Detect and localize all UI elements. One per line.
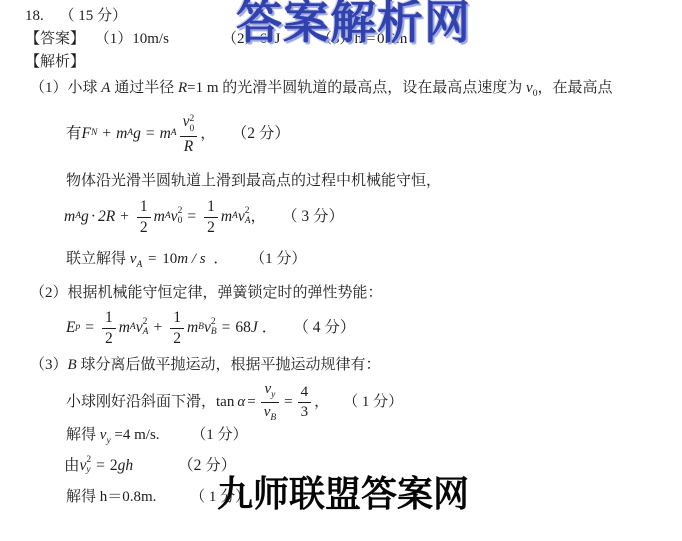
math-fraction-half: 12 [102,309,116,346]
text-run: 小球刚好沿斜面下滑， [66,393,216,412]
answer-part1: （1）10m/s [95,31,169,47]
math-var-g: g [133,124,141,143]
math-var-v: v [204,318,211,337]
math-sub-y: y [86,466,91,476]
math-op-eq: = [187,207,196,226]
math-fraction: vy vB [261,381,279,423]
math-sub-A: A [136,260,142,270]
math-value: 10 [162,251,177,267]
math-sub-A: A [171,128,177,140]
math-var-gh: gh [118,456,134,475]
fraction-numerator: 1 [204,198,218,217]
question-score: （ 15 分） [60,8,128,24]
math-op-eq: = [284,393,292,412]
math-supsub: 2A [143,318,149,338]
math-value: =4 m/s. [114,427,159,443]
math-sub-A: A [143,328,149,338]
text-run: 由 [64,456,80,475]
math-fraction: v20 R [180,113,198,155]
math-fraction-half: 12 [204,198,218,235]
answer-sheet-page: 18. （ 15 分） 【答案】 （1）10m/s （2）68J （3）h＝0.… [0,0,682,541]
math-var-v: v [183,113,190,130]
math-sub-N: N [91,128,97,140]
fraction-denominator: R [180,137,198,155]
math-var-m: m [221,207,232,226]
score-mark: （2 分） [232,124,290,143]
fraction-denominator: 2 [170,329,184,347]
math-op-eq: = [96,456,105,475]
fraction-denominator: 2 [137,218,151,236]
math-sub-p: p [75,322,80,334]
fraction-denominator: 2 [102,329,116,347]
math-op-plus: + [102,124,111,143]
math-op-eq: = [222,318,231,337]
math-op-eq: = [247,393,255,412]
text-run: 联立解得 [66,251,130,267]
text-run: （1）小球 [30,80,101,96]
math-op-eq: = [148,251,156,267]
math-var-m: m [116,124,127,143]
math-unit-J: J [251,318,258,337]
math-fraction-half: 12 [170,309,184,346]
part1-result: 联立解得 vA = 10m / s ． （1 分） [66,250,306,272]
formula-lead-text: 有 [66,124,82,143]
math-op-plus: + [120,207,129,226]
text-run: 解得 [66,427,100,443]
math-var-m: m [64,207,75,226]
math-supsub: 2B [211,318,217,338]
answer-line: 【答案】 （1）10m/s （2）68J （3）h＝0.8m [25,30,169,49]
fraction-denominator: 3 [298,403,312,421]
punct-period: ． [213,251,228,267]
math-sub-0: 0 [190,125,195,135]
math-var-g: g [81,207,89,226]
math-fraction-half: 12 [137,198,151,235]
part3-kinematics: 由 v2y = 2gh （2 分） [64,451,236,481]
fraction-denominator: vB [261,403,279,423]
math-var-F: F [82,124,91,143]
fraction-numerator: 1 [170,309,184,328]
part2-intro: （2）根据机械能守恒定律，弹簧锁定时的弹性势能： [30,284,383,303]
math-op-eq: = [85,318,94,337]
fraction-numerator: 4 [298,384,312,403]
text-run: 通过半径 [110,80,178,96]
math-var-v: v [238,207,245,226]
formula-energy-conservation: mAg · 2R + 12 mAv20 = 12 mAv2A ， （ 3 分） [64,196,344,238]
part1-intro: （1）小球 A 通过半径 R=1 m 的光滑半圆轨道的最高点，设在最高点速度为 … [30,79,612,101]
math-var-v: v [136,318,143,337]
math-sub-B: B [270,413,276,423]
formula-elastic-energy: Ep = 12 mAv2A + 12 mBv2B = 68J ． （ 4 分） [66,307,355,349]
math-coefficient: 2 [110,456,118,475]
score-mark: （1 分） [250,251,306,267]
score-mark: （ 1 分） [343,393,403,412]
math-var-v: v [171,207,178,226]
math-term-2R: 2R [98,207,115,226]
math-var-m: m [187,318,198,337]
fraction-numerator: v20 [180,113,198,137]
fraction-numerator: 1 [137,198,151,217]
score-mark: （1 分） [191,427,247,443]
answer-label: 【答案】 [25,31,85,47]
punct-comma: ， [251,207,267,226]
formula-top-of-loop: 有 FN + mAg = mA v20 R ， （2 分） [66,109,290,159]
math-op-dot: · [91,207,96,226]
math-var-m: m [119,318,130,337]
score-mark: （ 3 分） [282,207,344,226]
part3-vy-result: 解得 vy =4 m/s. （1 分） [66,426,248,448]
punct-comma: ， [314,393,329,412]
part1-energy-text: 物体沿光滑半圆轨道上滑到最高点的过程中机械能守恒， [66,172,441,191]
math-fn-tan: tan [216,393,234,412]
score-mark: （ 4 分） [293,318,355,337]
punct-period: ． [262,318,278,337]
analysis-label: 【解析】 [25,53,85,72]
math-supsub: 2y [86,456,91,476]
text-run: 球分离后做平抛运动，根据平抛运动规律有： [77,357,381,373]
question-header: 18. （ 15 分） [25,7,127,26]
math-var-alpha: α [237,393,245,412]
watermark-answer-site: 答案解析网 [236,0,471,46]
math-var-v: v [526,80,533,96]
math-value: 68 [235,318,251,337]
math-op-plus: + [153,318,162,337]
fraction-numerator: vy [261,381,279,402]
watermark-jiushi-league: 九师联盟答案网 [217,475,469,513]
math-sub-0: 0 [178,217,183,227]
math-var-R: R [178,80,187,96]
math-var-m: m [160,124,171,143]
math-fraction: 43 [298,384,312,420]
math-supsub: 20 [178,207,183,227]
fraction-denominator: 2 [204,218,218,236]
text-run: ，在最高点 [537,80,612,96]
math-sub-y: y [271,390,275,400]
part3-tan-line: 小球刚好沿斜面下滑， tan α = vy vB = 43 ， （ 1 分） [66,381,403,423]
question-number: 18. [25,8,44,24]
math-sub-y: y [106,436,110,446]
fraction-numerator: 1 [102,309,116,328]
math-unit: m / s [177,251,205,267]
text-run: （3） [30,357,68,373]
part3-intro: （3）B 球分离后做平抛运动，根据平抛运动规律有： [30,356,380,375]
text-run: =1 m 的光滑半圆轨道的最高点，设在最高点速度为 [187,80,526,96]
math-supsub: 20 [190,115,195,135]
math-sub-B: B [211,328,217,338]
math-var-B: B [68,357,77,373]
punct-comma: ， [200,124,216,143]
math-op-eq: = [146,124,155,143]
math-var-m: m [154,207,165,226]
text-run: 解得 h＝0.8m. [66,489,156,505]
